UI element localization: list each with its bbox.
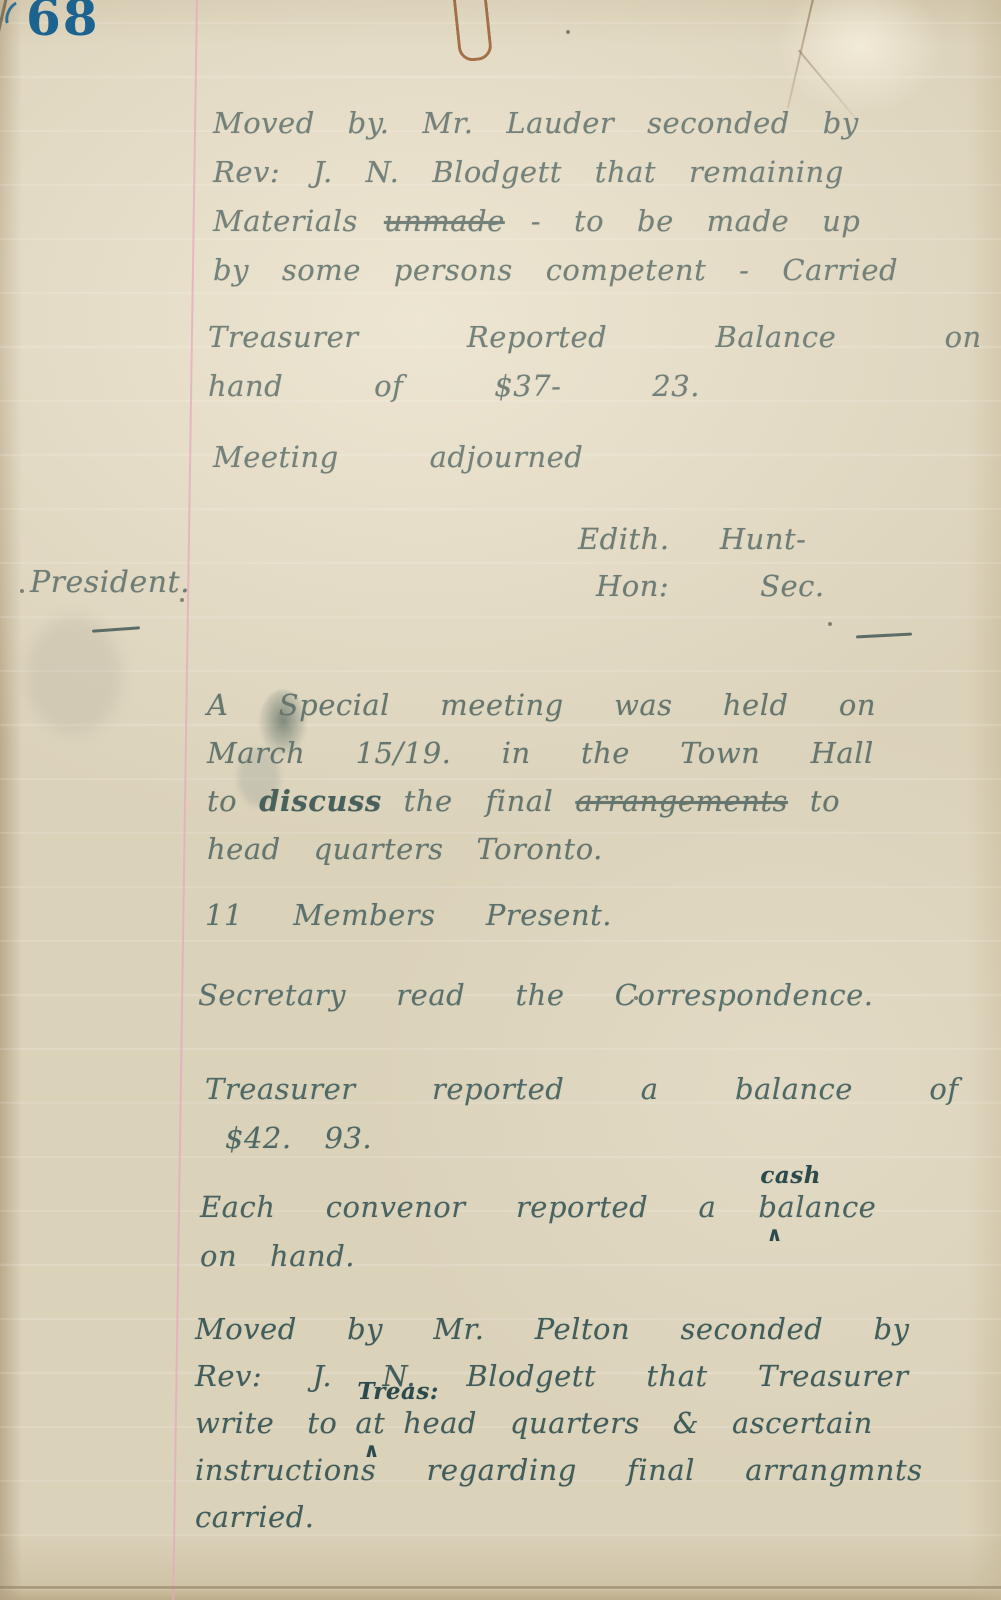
minutes-paragraph-convenor: Each convenor reported a cash ∧ balance …	[200, 1190, 876, 1288]
minutes-line: March 15/19. in the Town Hall	[207, 736, 876, 784]
minutes-paragraph-adjourned: Meeting adjourned	[213, 440, 583, 489]
minutes-line: 11 Members Present.	[205, 898, 612, 947]
margin-note-president: President.	[30, 565, 190, 614]
signature-title: Hon: Sec.	[578, 569, 825, 616]
minutes-line: carried.	[195, 1500, 923, 1547]
speck	[20, 589, 24, 593]
minutes-text: balance	[758, 1190, 876, 1224]
paperclip-rust-mark	[453, 0, 494, 63]
minutes-text: Materials	[213, 204, 358, 238]
minutes-text: head quarters & ascertain	[403, 1406, 873, 1440]
inserted-word-treas: Treas:	[357, 1378, 439, 1405]
insertion-group: cash ∧ balance	[758, 1190, 876, 1224]
minutes-line: A Special meeting was held on	[207, 688, 876, 736]
minutes-paragraph-members-present: 11 Members Present.	[205, 898, 612, 947]
minutes-text: to	[810, 784, 840, 818]
minutes-line: hand of $37- 23.	[208, 369, 982, 418]
strikethrough-word: unmade	[384, 204, 505, 238]
minutes-paragraph-correspondence: Secretary read the Correspondence.	[198, 978, 873, 1027]
minutes-line: Rev: J. N. Blodgett that Treasurer	[195, 1359, 923, 1406]
minutes-paragraph-special-meeting: A Special meeting was held on March 15/1…	[207, 688, 876, 880]
minutes-text: Each convenor reported a	[200, 1190, 716, 1224]
minutes-line: Each convenor reported a cash ∧ balance	[200, 1190, 876, 1239]
minutes-line: to discuss the final arrangements to	[207, 784, 876, 832]
insertion-group: Treas: ∧ at	[355, 1406, 385, 1440]
minutes-text: the final	[404, 784, 554, 818]
signature-name: Edith. Hunt-	[578, 522, 825, 569]
speck	[566, 30, 570, 34]
minutes-line: head quarters Toronto.	[207, 832, 876, 880]
minutes-line: Moved by Mr. Pelton seconded by	[195, 1312, 923, 1359]
minutes-line: Treasurer Reported Balance on	[208, 320, 982, 369]
minutes-paragraph-motion-lauder: Moved by. Mr. Lauder seconded by Rev: J.…	[213, 106, 898, 302]
page-number: 68	[26, 0, 100, 47]
minutes-text: write to	[195, 1406, 337, 1440]
page-bottom-edge	[0, 1586, 1001, 1589]
paper-stain	[26, 616, 122, 734]
minutes-line: Rev: J. N. Blodgett that remaining	[213, 155, 898, 204]
minutes-text: - to be made up	[531, 204, 861, 238]
speck	[828, 622, 832, 626]
signature-block: Edith. Hunt- Hon: Sec.	[578, 522, 825, 616]
minutes-text: to	[207, 784, 237, 818]
strikethrough-word: arrangements	[575, 784, 788, 818]
minutes-line: write to Treas: ∧ at head quarters & asc…	[195, 1406, 923, 1453]
minutes-line: $42. 93.	[205, 1121, 959, 1170]
minutes-line: Treasurer reported a balance of	[205, 1072, 959, 1121]
minutes-line: on hand.	[200, 1239, 876, 1288]
minutes-text: at	[355, 1406, 385, 1440]
minutes-line: instructions regarding final arrangmnts	[195, 1453, 923, 1500]
signature-flourish-dash	[856, 633, 912, 639]
document-page: { "page": { "number": "68" }, "colors": …	[0, 0, 1001, 1600]
minutes-line: Moved by. Mr. Lauder seconded by	[213, 106, 898, 155]
minutes-paragraph-motion-pelton: Moved by Mr. Pelton seconded by Rev: J. …	[195, 1312, 923, 1547]
minutes-line: by some persons competent - Carried	[213, 253, 898, 302]
minutes-line: Meeting adjourned	[213, 440, 583, 489]
minutes-line: Secretary read the Correspondence.	[198, 978, 873, 1027]
overwritten-word: discuss	[259, 784, 382, 818]
minutes-paragraph-treasurer-reported: Treasurer reported a balance of $42. 93.	[205, 1072, 959, 1170]
inserted-word-cash: cash	[760, 1162, 821, 1189]
minutes-line: Materials unmade - to be made up	[213, 204, 898, 253]
minutes-paragraph-treasurer-balance: Treasurer Reported Balance on hand of $3…	[208, 320, 982, 418]
